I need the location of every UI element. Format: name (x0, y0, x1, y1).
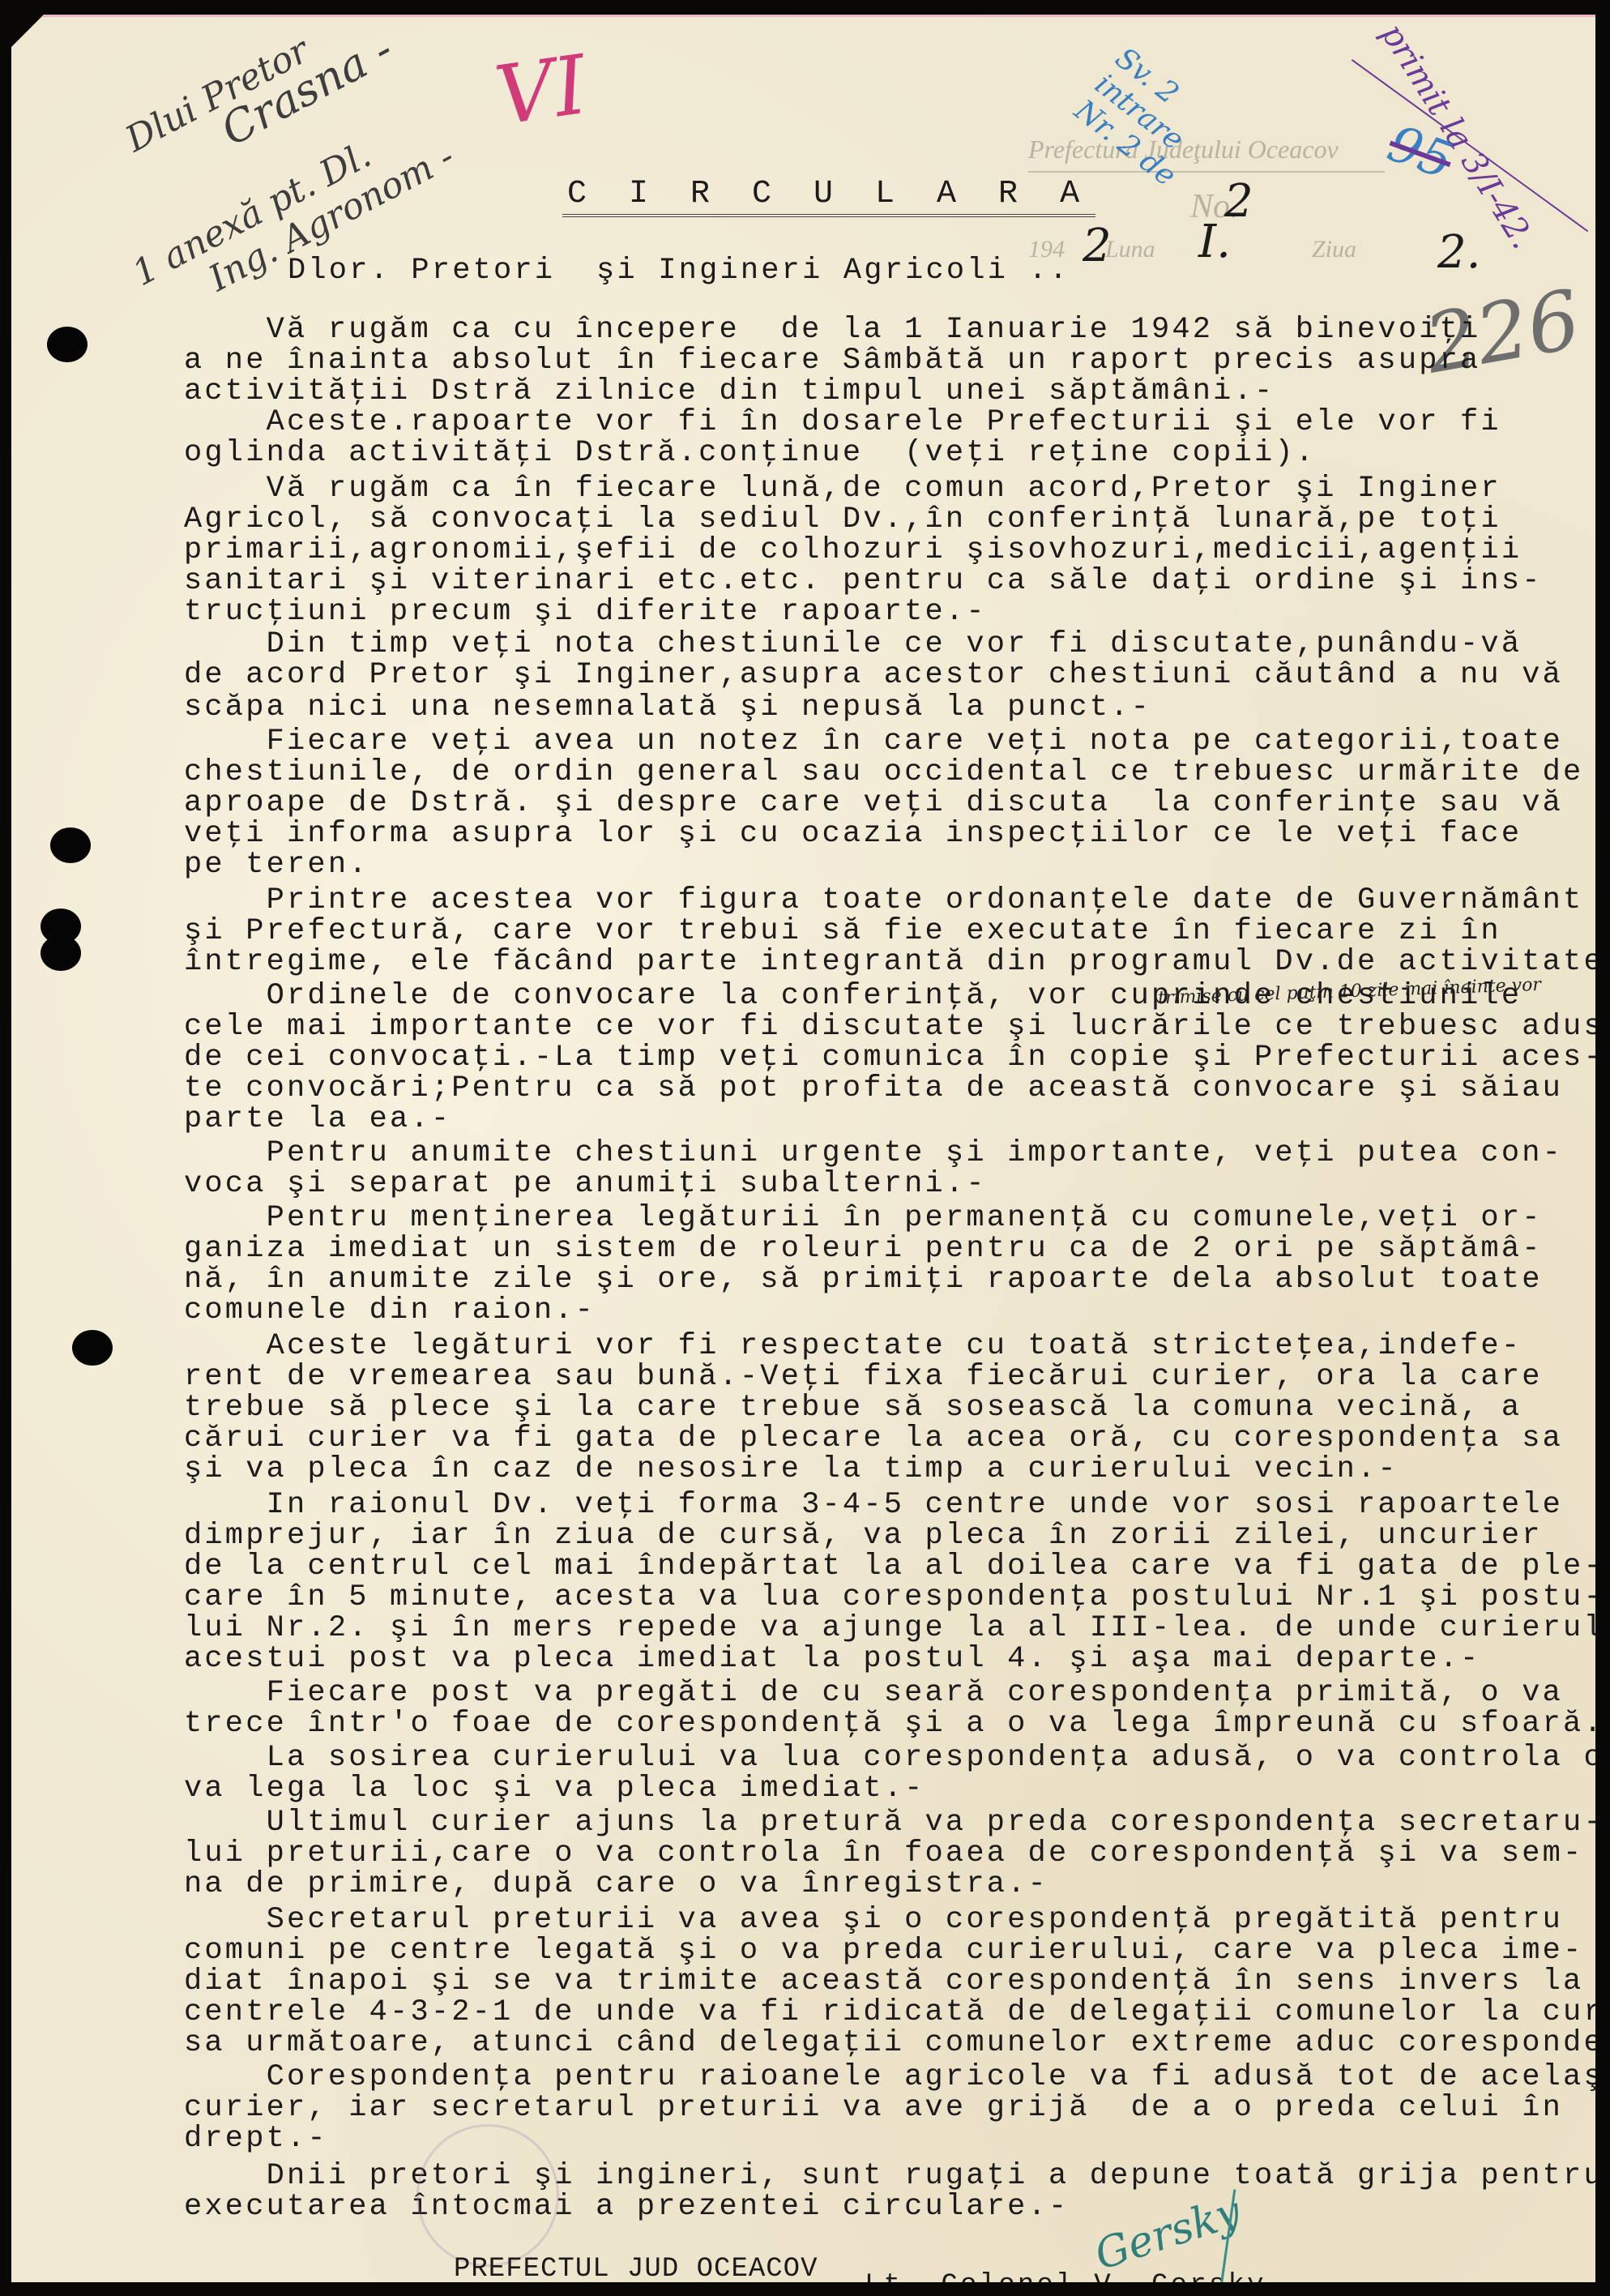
body-line: sa următoare, atunci când delegaţii comu… (184, 2029, 1610, 2059)
body-line: activităţii Dstră zilnice din timpul une… (184, 377, 1275, 407)
body-line: care în 5 minute, acesta va lua corespon… (184, 1583, 1604, 1613)
stamp-day-value: 2. (1437, 226, 1480, 279)
salutation: Dlor. Pretori şi Ingineri Agricoli .. (288, 256, 1070, 286)
body-line: Aceste.rapoarte vor fi în dosarele Prefe… (184, 408, 1501, 438)
body-line: Aceste legături vor fi respectate cu toa… (184, 1332, 1522, 1362)
body-line: nă, în anumite zile şi ore, să primiţi r… (184, 1265, 1543, 1295)
punch-hole (50, 827, 91, 863)
body-line: Fiecare post va pregăti de cu seară core… (184, 1678, 1563, 1708)
body-line: Vă rugăm ca în fiecare lună,de comun aco… (184, 474, 1501, 504)
body-line: na de primire, după care o va înregistra… (184, 1870, 1048, 1900)
body-line: primarii,agronomii,şefii de colhozuri şi… (184, 536, 1522, 566)
body-line: acestui post va pleca imediat la postul … (184, 1644, 1480, 1674)
body-line: trece într'o foae de corespondenţă şi a … (184, 1709, 1610, 1739)
body-line: curier, iar secretarul preturii va ave g… (184, 2093, 1563, 2123)
body-line: Pentru anumite chestiuni urgente şi impo… (184, 1139, 1563, 1169)
body-line: sanitari şi viterinari etc.etc. pentru c… (184, 567, 1543, 596)
body-line: La sosirea curierului va lua coresponden… (184, 1743, 1604, 1773)
body-line: rent de vremearea sau bună.-Veţi fixa fi… (184, 1362, 1543, 1392)
body-line: de cei convocaţi.-La timp veţi comunica … (184, 1043, 1604, 1073)
body-line: centrele 4-3-2-1 de unde va fi ridicată … (184, 1998, 1610, 2028)
body-line: te convocări;Pentru ca să pot profita de… (184, 1074, 1563, 1104)
body-line: a ne înainta absolut în fiecare Sâmbătă … (184, 346, 1480, 376)
document-title: C I R C U L A R A (562, 176, 1095, 217)
body-line: Ultimul curier ajuns la pretură va preda… (184, 1808, 1604, 1838)
body-line: aproape de Dstră. şi despre care veţi di… (184, 789, 1563, 819)
document-page: Dlui Pretor Crasna - 1 anexă pt. Dl. Ing… (11, 15, 1595, 2282)
stamp-month-value: I. (1198, 216, 1231, 268)
body-line: Printre acestea vor figura toate ordonan… (184, 886, 1583, 916)
body-line: de la centrul cel mai îndepărtat la al d… (184, 1552, 1604, 1582)
stamp-year-value: 2 (1083, 220, 1112, 272)
body-line: Secretarul preturii va avea şi o corespo… (184, 1905, 1563, 1935)
body-line: diat înapoi şi se va trimite această cor… (184, 1967, 1583, 1997)
body-line: comuni pe centre legată şi o va preda cu… (184, 1936, 1583, 1966)
body-line: parte la ea.- (184, 1105, 451, 1135)
body-line: Corespondenţa pentru raioanele agricole … (184, 2063, 1604, 2093)
body-line: chestiunile, de ordin general sau occide… (184, 758, 1583, 788)
body-line: Din timp veţi nota chestiunile ce vor fi… (184, 630, 1522, 660)
body-line: veţi informa asupra lor şi cu ocazia ins… (184, 819, 1522, 849)
body-line: comunele din raion.- (184, 1296, 596, 1326)
body-line: scăpa nici una nesemnalată şi nepusă la … (184, 693, 1151, 723)
body-line: drept.- (184, 2124, 328, 2154)
body-line: Pentru menţinerea legăturii în permanenţ… (184, 1204, 1543, 1234)
body-line: oglinda activităţi Dstră.conţinue (veţi … (184, 438, 1316, 468)
body-line: trebue să plece şi la care trebue să sos… (184, 1393, 1522, 1423)
body-line: de acord Pretor şi Inginer,asupra acesto… (184, 661, 1563, 691)
body-line: In raionul Dv. veţi forma 3-4-5 centre u… (184, 1490, 1563, 1520)
punch-hole (47, 327, 88, 362)
body-line: va lega la loc şi va pleca imediat.- (184, 1774, 925, 1804)
red-roman-numeral-mark: VI (489, 37, 592, 143)
stamp-month-label: Luna (1105, 236, 1155, 263)
body-line: Fiecare veţi avea un notez în care veţi … (184, 727, 1563, 757)
body-line: executarea întocmai a prezentei circular… (184, 2192, 1069, 2222)
body-line: dimprejur, iar în ziua de cursă, va plec… (184, 1521, 1543, 1551)
body-line: trucţiuni precum şi diferite rapoarte.- (184, 597, 987, 627)
body-line: voca şi separat pe anumiţi subalterni.- (184, 1169, 987, 1199)
body-line: întregime, ele făcând parte integrantă d… (184, 947, 1610, 977)
body-line: pe teren. (184, 850, 369, 880)
stamp-day-label: Ziua (1312, 236, 1356, 263)
body-line: lui Nr.2. şi în mers repede va ajunge la… (184, 1614, 1604, 1644)
body-line: şi va pleca în caz de nesosire la timp a… (184, 1455, 1399, 1485)
body-line: Dnii pretori şi ingineri, sunt rugaţi a … (184, 2161, 1604, 2191)
punch-hole (72, 1330, 113, 1366)
body-line: ganiza imediat un sistem de roleuri pent… (184, 1234, 1543, 1264)
body-line: cărui curier va fi gata de plecare la ac… (184, 1424, 1563, 1454)
body-line: lui preturii,care o va controla în foaea… (184, 1839, 1583, 1869)
body-line: Vă rugăm ca cu începere de la 1 Ianuarie… (184, 315, 1480, 345)
faint-round-stamp (416, 2124, 559, 2267)
body-line: Agricol, să convocaţi la sediul Dv.,în c… (184, 505, 1501, 535)
body-line: cele mai importante ce vor fi discutate … (184, 1012, 1610, 1042)
punch-hole (41, 935, 81, 971)
signature-office: PREFECTUL JUD OCEACOV (454, 2255, 818, 2283)
stamp-rule (1028, 171, 1385, 173)
body-line: şi Prefectură, care vor trebui să fie ex… (184, 917, 1501, 947)
